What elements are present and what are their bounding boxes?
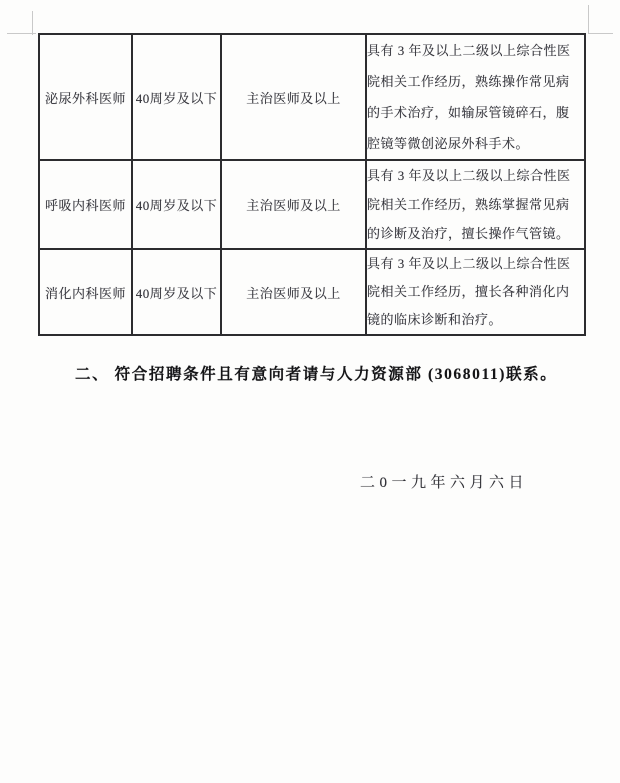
table-row: 泌尿外科医师 40周岁及以下 主治医师及以上 具有 3 年及以上二级以上综合性医… xyxy=(39,34,585,160)
title-cell: 主治医师及以上 xyxy=(221,34,366,160)
requirements-cell: 具有 3 年及以上二级以上综合性医 院相关工作经历，擅长各种消化内 镜的临床诊断… xyxy=(366,249,585,335)
margin-crop-mark-right-vertical xyxy=(588,5,589,34)
position-cell: 呼吸内科医师 xyxy=(39,160,132,249)
age-cell: 40周岁及以下 xyxy=(132,160,221,249)
contact-note: 二、 符合招聘条件且有意向者请与人力资源部 (3068011)联系。 xyxy=(38,362,620,384)
recruitment-table: 泌尿外科医师 40周岁及以下 主治医师及以上 具有 3 年及以上二级以上综合性医… xyxy=(38,33,586,336)
margin-crop-mark-left-horizontal xyxy=(7,33,36,34)
requirements-cell: 具有 3 年及以上二级以上综合性医 院相关工作经历，熟练操作常见病 的手术治疗，… xyxy=(366,34,585,160)
position-cell: 消化内科医师 xyxy=(39,249,132,335)
requirements-cell: 具有 3 年及以上二级以上综合性医 院相关工作经历，熟练掌握常见病 的诊断及治疗… xyxy=(366,160,585,249)
document-date: 二0一九年六月六日 xyxy=(360,471,528,492)
age-cell: 40周岁及以下 xyxy=(132,34,221,160)
age-cell: 40周岁及以下 xyxy=(132,249,221,335)
title-cell: 主治医师及以上 xyxy=(221,160,366,249)
margin-crop-mark-right-horizontal xyxy=(589,33,613,34)
document-page: 泌尿外科医师 40周岁及以下 主治医师及以上 具有 3 年及以上二级以上综合性医… xyxy=(0,0,620,783)
position-cell: 泌尿外科医师 xyxy=(39,34,132,160)
title-cell: 主治医师及以上 xyxy=(221,249,366,335)
margin-crop-mark-left-vertical xyxy=(32,11,33,35)
table-row: 消化内科医师 40周岁及以下 主治医师及以上 具有 3 年及以上二级以上综合性医… xyxy=(39,249,585,335)
table-row: 呼吸内科医师 40周岁及以下 主治医师及以上 具有 3 年及以上二级以上综合性医… xyxy=(39,160,585,249)
